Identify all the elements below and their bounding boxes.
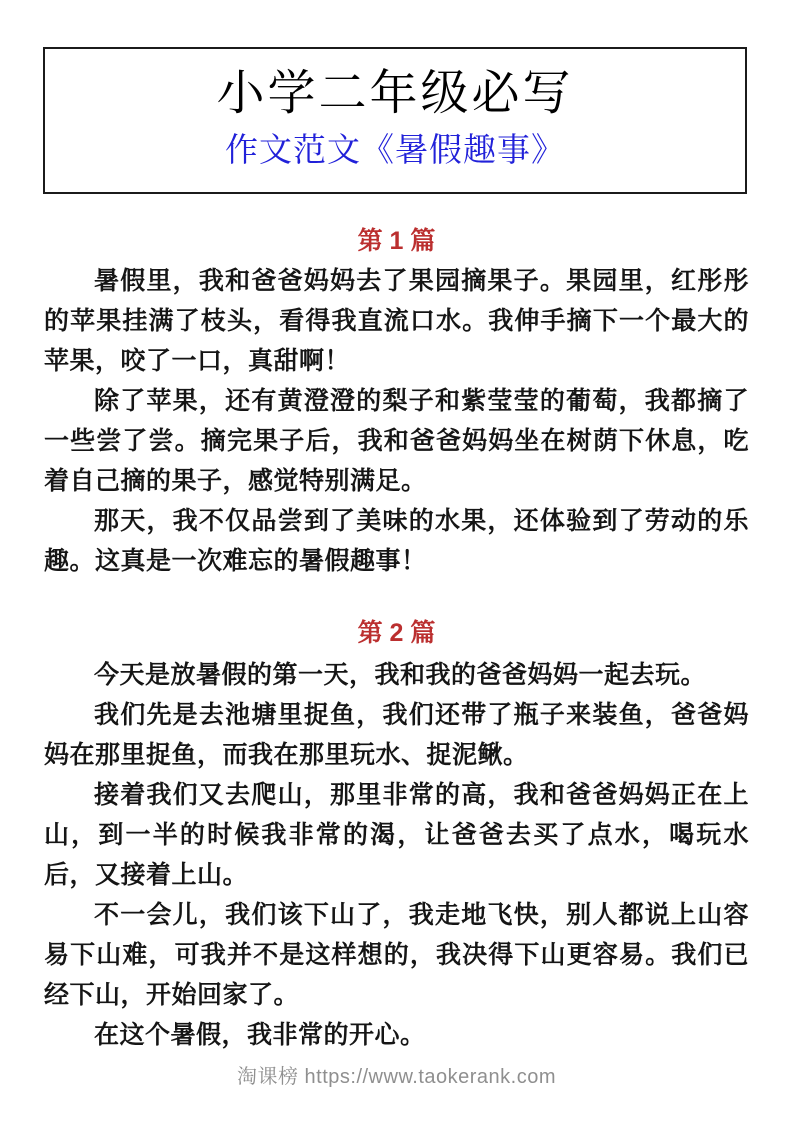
title-box: 小学二年级必写 作文范文《暑假趣事》 [43, 47, 747, 194]
page-title: 小学二年级必写 [45, 65, 745, 123]
section-2-paragraph-5: 在这个暑假，我非常的开心。 [44, 1015, 749, 1055]
section-2-heading: 第 2 篇 [44, 615, 749, 651]
footer-watermark-text: 淘课榜 https://www.taokerank.com [237, 1066, 556, 1088]
section-1-paragraph-1: 暑假里，我和爸爸妈妈去了果园摘果子。果园里，红彤彤的苹果挂满了枝头，看得我直流口… [44, 261, 749, 381]
footer: 淘课榜 https://www.taokerank.com [0, 1062, 793, 1092]
section-2-paragraph-1: 今天是放暑假的第一天，我和我的爸爸妈妈一起去玩。 [44, 655, 749, 695]
page-subtitle: 作文范文《暑假趣事》 [45, 131, 745, 171]
section-2-paragraph-2: 我们先是去池塘里捉鱼，我们还带了瓶子来装鱼，爸爸妈妈在那里捉鱼，而我在那里玩水、… [44, 695, 749, 775]
section-1-paragraph-2: 除了苹果，还有黄澄澄的梨子和紫莹莹的葡萄，我都摘了一些尝了尝。摘完果子后，我和爸… [44, 381, 749, 501]
section-2-paragraph-3: 接着我们又去爬山，那里非常的高，我和爸爸妈妈正在上山，到一半的时候我非常的渴，让… [44, 775, 749, 895]
section-1-paragraph-3: 那天，我不仅品尝到了美味的水果，还体验到了劳动的乐趣。这真是一次难忘的暑假趣事！ [44, 501, 749, 581]
essay-section-2: 第 2 篇 今天是放暑假的第一天，我和我的爸爸妈妈一起去玩。 我们先是去池塘里捉… [44, 615, 749, 1055]
essay-content: 第 1 篇 暑假里，我和爸爸妈妈去了果园摘果子。果园里，红彤彤的苹果挂满了枝头，… [44, 195, 749, 1055]
section-2-paragraph-4: 不一会儿，我们该下山了，我走地飞快，别人都说上山容易下山难，可我并不是这样想的，… [44, 895, 749, 1015]
essay-section-1: 第 1 篇 暑假里，我和爸爸妈妈去了果园摘果子。果园里，红彤彤的苹果挂满了枝头，… [44, 223, 749, 581]
section-1-heading: 第 1 篇 [44, 223, 749, 259]
document-page: 小学二年级必写 作文范文《暑假趣事》 第 1 篇 暑假里，我和爸爸妈妈去了果园摘… [0, 0, 793, 1122]
